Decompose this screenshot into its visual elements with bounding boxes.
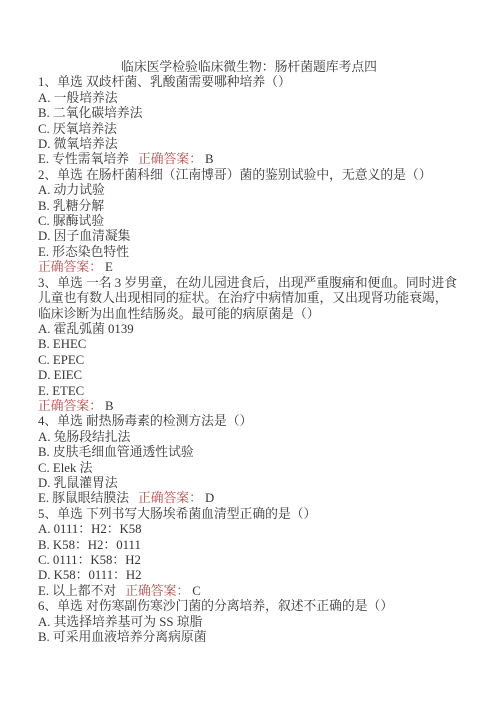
option-text: A. 兔肠段结扎法 — [38, 430, 130, 444]
option-text: B. 二氧化碳培养法 — [38, 106, 143, 120]
question-stem: 2、单选 在肠杆菌科细（江南博哥）菌的鉴别试验中，无意义的是（） — [38, 168, 460, 183]
answer-label: 正确答案： — [38, 399, 102, 413]
option-line: E. ETEC — [38, 384, 460, 399]
option-text: A. 其选择培养基可为 SS 琼脂 — [38, 615, 202, 629]
option-text: E. 专性需氧培养 — [38, 152, 129, 166]
answer-letter: E — [105, 260, 113, 274]
answer-label: 正确答案： — [138, 152, 202, 166]
option-line: E. 豚鼠眼结膜法正确答案：D — [38, 491, 460, 506]
question-stem: 1、单选 双歧杆菌、乳酸菌需要哪种培养（） — [38, 75, 460, 90]
option-line: C. Elek 法 — [38, 461, 460, 476]
option-line: D. EIEC — [38, 368, 460, 383]
option-text: B. EHEC — [38, 337, 86, 351]
option-text: C. Elek 法 — [38, 461, 92, 475]
option-text: C. 脲酶试验 — [38, 214, 104, 228]
option-line: A. 兔肠段结扎法 — [38, 430, 460, 445]
question-stem: 4、单选 耐热肠毒素的检测方法是（） — [38, 414, 460, 429]
option-text: D. EIEC — [38, 368, 82, 382]
option-line: E. 形态染色特性 — [38, 245, 460, 260]
option-text: D. K58：0111：H2 — [38, 568, 142, 582]
option-line: D. 乳鼠灌胃法 — [38, 476, 460, 491]
option-line: A. 一般培养法 — [38, 91, 460, 106]
option-line: B. 二氧化碳培养法 — [38, 106, 460, 121]
option-line: A. 霍乱弧菌 0139 — [38, 322, 460, 337]
option-line: B. EHEC — [38, 337, 460, 352]
answer-letter: C — [192, 584, 201, 598]
option-line: E. 以上都不对正确答案：C — [38, 584, 460, 599]
answer-label: 正确答案： — [38, 260, 102, 274]
option-text: C. 0111：K58：H2 — [38, 553, 141, 567]
option-text: C. 厌氧培养法 — [38, 122, 117, 136]
option-line: D. 因子血清凝集 — [38, 229, 460, 244]
option-line: A. 0111：H2：K58 — [38, 522, 460, 537]
option-line: A. 动力试验 — [38, 183, 460, 198]
question-stem: 3、单选 一名 3 岁男童，在幼儿园进食后，出现严重腹痛和便血。同时进食儿童也有… — [38, 276, 460, 322]
option-line: D. K58：0111：H2 — [38, 568, 460, 583]
option-line: C. 脲酶试验 — [38, 214, 460, 229]
answer-letter: D — [205, 491, 214, 505]
option-text: A. 一般培养法 — [38, 91, 118, 105]
option-line: C. 厌氧培养法 — [38, 122, 460, 137]
option-text: D. 因子血清凝集 — [38, 229, 130, 243]
answer-line: 正确答案：E — [38, 260, 460, 275]
answer-letter: B — [105, 399, 114, 413]
option-text: B. K58：H2：0111 — [38, 538, 141, 552]
option-line: E. 专性需氧培养正确答案：B — [38, 152, 460, 167]
answer-label: 正确答案： — [125, 584, 189, 598]
option-line: C. 0111：K58：H2 — [38, 553, 460, 568]
question-stem: 6、单选 对伤寒副伤寒沙门菌的分离培养，叙述不正确的是（） — [38, 599, 460, 614]
option-text: A. 动力试验 — [38, 183, 105, 197]
option-line: B. 皮肤毛细血管通透性试验 — [38, 445, 460, 460]
option-text: E. 豚鼠眼结膜法 — [38, 491, 129, 505]
option-text: B. 皮肤毛细血管通透性试验 — [38, 445, 194, 459]
option-text: E. 以上都不对 — [38, 584, 116, 598]
option-text: E. 形态染色特性 — [38, 245, 129, 259]
answer-label: 正确答案： — [138, 491, 202, 505]
answer-line: 正确答案：B — [38, 399, 460, 414]
option-text: B. 可采用血液培养分离病原菌 — [38, 630, 207, 644]
answer-letter: B — [205, 152, 214, 166]
question-list: 1、单选 双歧杆菌、乳酸菌需要哪种培养（）A. 一般培养法B. 二氧化碳培养法C… — [38, 75, 460, 645]
option-line: B. 乳糖分解 — [38, 199, 460, 214]
question-stem: 5、单选 下列书写大肠埃希菌血清型正确的是（） — [38, 507, 460, 522]
option-text: A. 0111：H2：K58 — [38, 522, 142, 536]
option-text: D. 乳鼠灌胃法 — [38, 476, 118, 490]
option-line: C. EPEC — [38, 353, 460, 368]
option-text: A. 霍乱弧菌 0139 — [38, 322, 134, 336]
option-line: B. K58：H2：0111 — [38, 538, 460, 553]
option-text: E. ETEC — [38, 384, 84, 398]
option-text: C. EPEC — [38, 353, 84, 367]
option-line: A. 其选择培养基可为 SS 琼脂 — [38, 615, 460, 630]
option-text: D. 微氧培养法 — [38, 137, 118, 151]
document-page: 临床医学检验临床微生物：肠杆菌题库考点四 1、单选 双歧杆菌、乳酸菌需要哪种培养… — [0, 0, 500, 707]
option-line: B. 可采用血液培养分离病原菌 — [38, 630, 460, 645]
option-line: D. 微氧培养法 — [38, 137, 460, 152]
document-title: 临床医学检验临床微生物：肠杆菌题库考点四 — [38, 60, 460, 75]
option-text: B. 乳糖分解 — [38, 199, 104, 213]
